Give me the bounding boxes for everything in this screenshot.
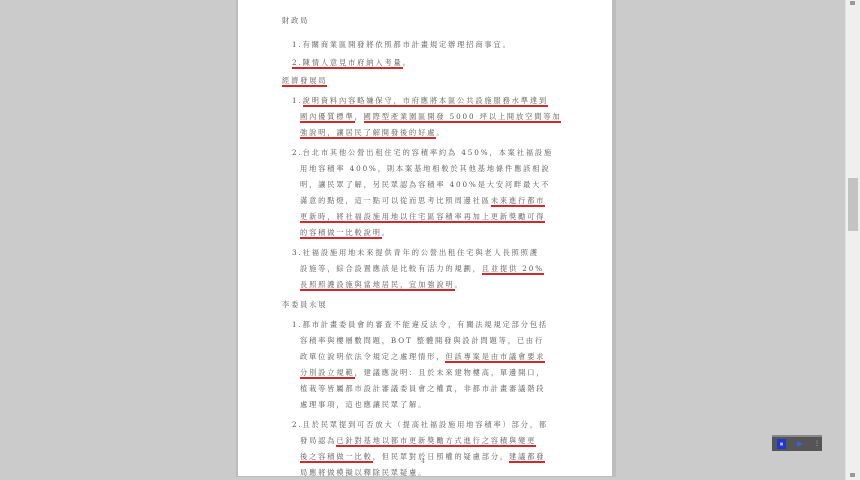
text-segment: 明，讓民眾了解，另民眾認為容積率 400%是大安河畔最大不 — [300, 180, 550, 189]
text-line: 李委員永展 — [282, 300, 327, 310]
text-segment: 。 — [436, 128, 445, 137]
text-line: 明，讓民眾了解，另民眾認為容積率 400%是大安河畔最大不 — [300, 180, 550, 190]
text-line: 2.陳情人意見市府納入考量。 — [292, 58, 412, 68]
text-line: 政單位說明依法令規定之處理情形，但該專案是由市議會要求 — [300, 352, 545, 362]
scroll-up-arrow-icon[interactable] — [850, 1, 855, 5]
scroll-down-arrow-icon[interactable] — [850, 473, 855, 477]
text-line: 經濟發展局 — [282, 76, 327, 86]
text-line: 1.說明資料內容略嫌保守，市府應將本區公共設施服務水準達到 — [292, 96, 548, 106]
text-segment: ，但民眾對於日照權的疑慮部分， — [373, 452, 509, 461]
text-line: 強說明，讓居民了解開發後的好處。 — [300, 128, 445, 138]
text-segment: 2.且於民眾提到可否放大（提高社福設施用地容積率）部分，都 — [292, 420, 548, 429]
scroll-thumb[interactable] — [848, 178, 858, 231]
text-segment: 。 — [455, 280, 464, 289]
text-line: 容積率與樓層數問題，BOT 整體開發與設計問題等，已由行 — [300, 336, 544, 346]
text-segment: 植栽等皆屬都市設計審議委員會之權責，非都市計畫審議階段 — [300, 384, 545, 393]
underlined-text: 長照照護設施與當地居民，宜加強說明 — [300, 280, 455, 291]
text-segment: 處理事項，這也應讓民眾了解。 — [300, 400, 427, 409]
underlined-text: 未來進行都市 — [491, 196, 546, 207]
text-segment: 滿意的點燈，這一點可以從而思考比照周邊社區 — [300, 196, 491, 205]
text-segment: 1.都市計畫委員會的審查不能違反法令，有關法規規定部分包括 — [292, 320, 548, 329]
text-line: 設施等，綜合設置應該是比較有活力的規劃，且並提供 20% — [300, 264, 544, 274]
text-segment: 3.社福設施用地未來提供青年的公營出租住宅與老人長照照護 — [292, 248, 539, 257]
underlined-text: 的容積做一比較說明 — [300, 228, 382, 239]
text-line: 更新時，將社福設施用地以住宅區容積率再加上更新獎勵可得 — [300, 212, 545, 222]
text-segment: 發局認為 — [300, 436, 336, 445]
underlined-text: 後之容積做一比較 — [300, 452, 373, 463]
text-segment: 。 — [382, 228, 391, 237]
text-segment: 1.有關商業區開發將依照都市計畫規定辦理招商事宜。 — [292, 40, 512, 49]
underlined-text: 已針對基地以都市更新獎勵方式進行之容積與變更 — [336, 436, 536, 447]
pause-icon[interactable]: ⏸ — [777, 439, 786, 449]
text-line: 長照照護設施與當地居民，宜加強說明。 — [300, 280, 464, 290]
text-line: 1.都市計畫委員會的審查不能違反法令，有關法規規定部分包括 — [292, 320, 548, 330]
underlined-text: 說明資料內容略嫌保守，市府應將本區公共設施服務水準達到 — [303, 96, 548, 107]
text-line: 國內優質標準，國際型產業園區開發 5000 坪以上開放空間等加 — [300, 112, 561, 122]
text-line: 2.台北市其他公營出租住宅的容積率約為 450%，本案社福設施 — [292, 148, 553, 158]
text-segment: 容積率與樓層數問題，BOT 整體開發與設計問題等，已由行 — [300, 336, 544, 345]
text-segment: ，建議應說明：且於未來建物樓高，單邊開口， — [355, 368, 546, 377]
text-line: 分別設立規範，建議應說明：且於未來建物樓高，單邊開口， — [300, 368, 545, 378]
underlined-text: 國際型產業園區開發 5000 坪以上開放空間等加 — [364, 112, 562, 123]
text-segment: 用地容積率 400%，則本案基地相較於其他基地條件應該相說 — [300, 164, 550, 173]
underlined-text: 局應將做模擬以釋除民眾疑慮 — [300, 468, 418, 476]
text-segment: 。 — [403, 58, 412, 67]
text-line: 3.社福設施用地未來提供青年的公營出租住宅與老人長照照護 — [292, 248, 539, 258]
underlined-text: 但該專案是由市議會要求 — [445, 352, 545, 363]
text-segment: 李委員永展 — [282, 300, 327, 309]
document-page: 財政局1.有關商業區開發將依照都市計畫規定辦理招商事宜。2.陳情人意見市府納入考… — [238, 0, 612, 476]
text-segment: 設施等，綜合設置應該是比較有活力的規劃， — [300, 264, 482, 273]
text-line: 滿意的點燈，這一點可以從而思考比照周邊社區未來進行都市 — [300, 196, 545, 206]
document-viewer: 財政局1.有關商業區開發將依照都市計畫規定辦理招商事宜。2.陳情人意見市府納入考… — [0, 0, 846, 480]
underlined-text: 2.陳情人意見市府納入考量 — [292, 58, 403, 69]
page-number: 4 — [421, 458, 425, 465]
underlined-text: 強說明，讓居民了解開發後的好處 — [300, 128, 436, 139]
underlined-text: 國內優質標準 — [300, 112, 355, 123]
underlined-text: 建議都發 — [509, 452, 545, 463]
text-line: 財政局 — [282, 16, 309, 26]
text-line: 發局認為已針對基地以都市更新獎勵方式進行之容積與變更 — [300, 436, 536, 446]
text-line: 2.且於民眾提到可否放大（提高社福設施用地容積率）部分，都 — [292, 420, 548, 430]
more-options-icon[interactable]: ⋮ — [814, 440, 817, 448]
underlined-text: 更新時，將社福設施用地以住宅區容積率再加上更新獎勵可得 — [300, 212, 545, 223]
text-segment: 財政局 — [282, 16, 309, 25]
underlined-text: 且並提供 20% — [482, 264, 544, 275]
underlined-text: 經濟發展局 — [282, 76, 327, 87]
text-segment: 1. — [292, 96, 303, 105]
text-segment: 2.台北市其他公營出租住宅的容積率約為 450%，本案社福設施 — [292, 148, 553, 157]
text-line: 的容積做一比較說明。 — [300, 228, 391, 238]
text-line: 1.有關商業區開發將依照都市計畫規定辦理招商事宜。 — [292, 40, 512, 50]
underlined-text: 分別設立規範 — [300, 368, 355, 379]
page-navigation-widget: ⏸ ▶ ⋮ — [772, 435, 822, 451]
text-segment: ， — [355, 112, 364, 121]
text-segment: 。 — [418, 468, 427, 476]
text-line: 局應將做模擬以釋除民眾疑慮。 — [300, 468, 427, 476]
vertical-scrollbar[interactable] — [845, 0, 860, 480]
text-line: 用地容積率 400%，則本案基地相較於其他基地條件應該相說 — [300, 164, 550, 174]
text-line: 處理事項，這也應讓民眾了解。 — [300, 400, 427, 410]
play-icon[interactable]: ▶ — [796, 439, 804, 449]
text-segment: 政單位說明依法令規定之處理情形， — [300, 352, 445, 361]
text-line: 植栽等皆屬都市設計審議委員會之權責，非都市計畫審議階段 — [300, 384, 545, 394]
